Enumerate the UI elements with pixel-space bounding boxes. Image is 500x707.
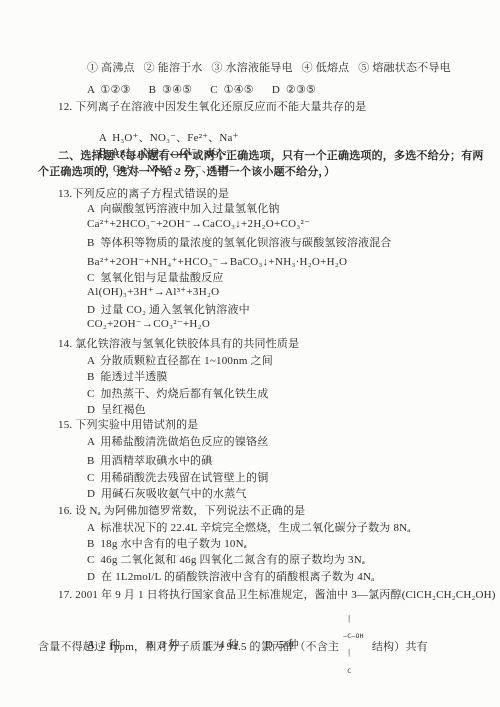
- q15-stem: 15. 下列实验中用错试剂的是: [58, 418, 199, 432]
- structure-backbone: —C—OH: [343, 634, 368, 640]
- q15-option-a: A 用稀盐酸清洗做焰色反应的镍铬丝: [87, 435, 268, 449]
- q13-equation-b: Ba²⁺+2OH⁻+NH₄⁺+HCO₃⁻→BaCO₃↓+NH₃·H₂O+H₂O: [87, 255, 347, 269]
- q16-option-a: A 标准状况下的 22.4L 辛烷完全燃烧，生成二氧化碳分子数为 8Nₐ: [87, 521, 411, 535]
- section-heading-line-1: 二、选择题（每小题有一个或两个正确选项，只有一个正确选项的，多选不给分；有两: [58, 149, 484, 163]
- q13-option-c: C 氢氧化铝与足量盐酸反应: [87, 271, 224, 285]
- exam-page: ① 高沸点 ② 能溶于水 ③ 水溶液能导电 ④ 低熔点 ⑤ 熔融状态不导电 A …: [0, 0, 500, 707]
- q17-option-c: C 4 种: [206, 638, 239, 652]
- section-heading-line-2: 个正确选项的，选对一个给 2 分，选错一个该小题不给分，）: [38, 165, 335, 179]
- q14-option-b: B 能透过半透膜: [87, 370, 168, 384]
- q16-option-c: C 46g 二氧化氮和 46g 四氧化二氮含有的原子数均为 3Nₐ: [87, 553, 365, 567]
- q13-equation-d: CO₂+2OH⁻→CO₃²⁻+H₂O: [87, 317, 210, 331]
- q11-option-b: B ③④⑤: [149, 83, 193, 97]
- q11-option-a: A ①②③: [87, 83, 131, 97]
- q14-stem: 14. 氯化铁溶液与氢氧化铁胶体具有的共同性质是: [58, 337, 299, 351]
- q11-choices-line: ① 高沸点 ② 能溶于水 ③ 水溶液能导电 ④ 低熔点 ⑤ 熔融状态不导电: [87, 61, 451, 75]
- q16-stem: 16. 设 Nₐ 为阿佛加德罗常数，下列说法不正确的是: [58, 504, 305, 518]
- q11-option-d: D ②③⑤: [272, 83, 316, 97]
- q13-stem: 13.下列反应的离子方程式错误的是: [58, 187, 229, 201]
- q17-stem-line-1: 17. 2001 年 9 月 1 日将执行国家食品卫生标准规定，酱油中 3—氯丙…: [58, 588, 496, 602]
- q17-option-d: D 5 种: [265, 638, 299, 652]
- q17-option-a: A 2 种: [87, 638, 120, 652]
- q17-option-b: B 3 种: [146, 638, 179, 652]
- q11-answer-options: A ①②③ B ③④⑤ C ①④⑤ D ②③⑤: [87, 83, 316, 97]
- chloropropanol-structure-diagram: │ —C—OH │ C: [343, 605, 368, 686]
- q13-option-a: A 向碳酸氢钙溶液中加入过量氢氧化钠: [87, 202, 280, 216]
- q14-option-c: C 加热蒸干、灼烧后都有氧化铁生成: [87, 387, 268, 401]
- q15-option-c: C 用稀硝酸洗去残留在试管壁上的铜: [87, 471, 268, 485]
- structure-atom-bottom: C: [343, 669, 368, 675]
- q12-stem: 12. 下列离子在溶液中因发生氧化还原反应而不能大量共存的是: [58, 100, 367, 114]
- q13-option-b: B 等体积等物质的量浓度的氢氧化钡溶液与碳酸氢铵溶液混合: [87, 236, 392, 250]
- q16-option-d: D 在 1L2mol/L 的硝酸铁溶液中含有的硝酸根离子数为 4Nₐ: [87, 570, 374, 584]
- structure-bond-bottom: │: [343, 651, 368, 657]
- q17-answer-options: A 2 种 B 3 种 C 4 种 D 5 种: [87, 638, 299, 652]
- q14-option-a: A 分散质颗粒直径都在 1~100nm 之间: [87, 354, 273, 368]
- q15-option-b: B 用酒精萃取碘水中的碘: [87, 454, 212, 468]
- structure-bond-top: │: [343, 617, 368, 623]
- q13-equation-c: Al(OH)₃+3H⁺→Al³⁺+3H₂O: [87, 285, 219, 299]
- q15-option-d: D 用碱石灰吸收氨气中的水蒸气: [87, 487, 247, 501]
- q16-option-b: B 18g 水中含有的电子数为 10Nₐ: [87, 537, 247, 551]
- q11-option-c: C ①④⑤: [210, 83, 254, 97]
- q14-option-d: D 呈红褐色: [87, 403, 146, 417]
- q13-option-d: D 过量 CO₂ 通入氢氧化钠溶液中: [87, 303, 250, 317]
- q17-line2-text-post: 结构）共有: [372, 640, 428, 654]
- q13-equation-a: Ca²⁺+2HCO₃⁻+2OH⁻→CaCO₃↓+2H₂O+CO₃²⁻: [87, 217, 310, 231]
